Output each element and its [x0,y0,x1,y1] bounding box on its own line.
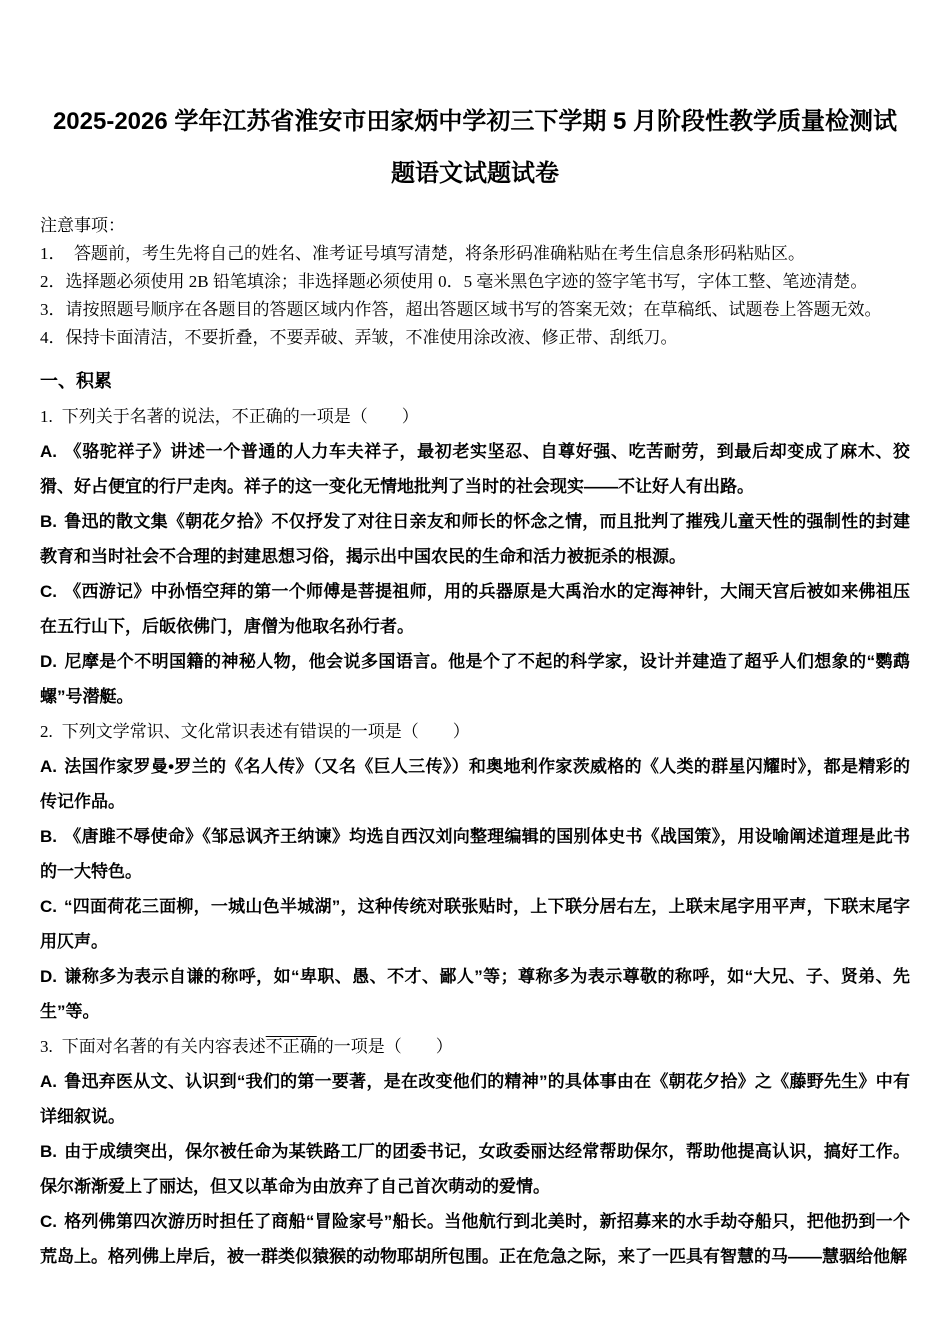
paper-title: 2025-2026 学年江苏省淮安市田家炳中学初三下学期 5 月阶段性教学质量检… [44,96,906,200]
question-2-option-d: D.谦称多为表示自谦的称呼，如“卑职、愚、不才、鄙人”等；尊称多为表示尊敬的称呼… [40,959,910,1029]
notice-section: 注意事项： 1． 答题前，考生先将自己的姓名、准考证号填写清楚，将条形码准确粘贴… [40,212,910,352]
questions-area: 一、积累 1.下列关于名著的说法，不正确的一项是（ ） A.《骆驼祥子》讲述一个… [40,364,910,1274]
question-3-stem-emphasis: 不正确 [266,1037,317,1056]
question-2-stem-text: 下列文学常识、文化常识表述有错误的一项是（ ） [62,722,470,741]
notice-item-4: 4．保持卡面清洁，不要折叠，不要弄破、弄皱，不准使用涂改液、修正带、刮纸刀。 [40,324,910,352]
question-1-option-a: A.《骆驼祥子》讲述一个普通的人力车夫祥子，最初老实坚忍、自尊好强、吃苦耐劳，到… [40,434,910,504]
question-2-option-a: A.法国作家罗曼•罗兰的《名人传》（又名《巨人三传》）和奥地利作家茨威格的《人类… [40,749,910,819]
notice-item-3: 3．请按照题号顺序在各题目的答题区域内作答，超出答题区域书写的答案无效；在草稿纸… [40,296,910,324]
question-3-option-a-label: A. [40,1072,57,1091]
question-1-option-d: D.尼摩是个不明国籍的神秘人物，他会说多国语言。他是个了不起的科学家，设计并建造… [40,644,910,714]
question-3-option-a-text: 鲁迅弃医从文、认识到“我们的第一要著，是在改变他们的精神”的具体事由在《朝花夕拾… [40,1072,910,1126]
question-1-option-c: C.《西游记》中孙悟空拜的第一个师傅是菩提祖师，用的兵器原是大禹治水的定海神针，… [40,574,910,644]
question-2-number: 2. [40,722,53,741]
question-2-option-d-text: 谦称多为表示自谦的称呼，如“卑职、愚、不才、鄙人”等；尊称多为表示尊敬的称呼，如… [40,967,910,1021]
question-3-option-b-label: B. [40,1142,57,1161]
question-1-option-c-label: C. [40,582,57,601]
question-2-option-b: B.《唐雎不辱使命》《邹忌讽齐王纳谏》均选自西汉刘向整理编辑的国别体史书《战国策… [40,819,910,889]
question-1-option-a-label: A. [40,442,57,461]
question-2-option-c-label: C. [40,897,57,916]
question-1-option-c-text: 《西游记》中孙悟空拜的第一个师傅是菩提祖师，用的兵器原是大禹治水的定海神针，大闹… [40,582,910,636]
question-1-stem: 1.下列关于名著的说法，不正确的一项是（ ） [40,399,910,434]
question-1-number: 1. [40,407,53,426]
question-3-stem-post: 的一项是（ ） [317,1037,453,1056]
question-2-option-b-text: 《唐雎不辱使命》《邹忌讽齐王纳谏》均选自西汉刘向整理编辑的国别体史书《战国策》，… [40,827,910,881]
question-3-option-c: C.格列佛第四次游历时担任了商船“冒险家号”船长。当他航行到北美时，新招募来的水… [40,1204,910,1274]
question-3-option-c-label: C. [40,1212,57,1231]
question-1-option-d-text: 尼摩是个不明国籍的神秘人物，他会说多国语言。他是个了不起的科学家，设计并建造了超… [40,652,910,706]
notice-heading: 注意事项： [40,212,910,240]
exam-paper-page: 2025-2026 学年江苏省淮安市田家炳中学初三下学期 5 月阶段性教学质量检… [0,0,950,1274]
question-1-option-a-text: 《骆驼祥子》讲述一个普通的人力车夫祥子，最初老实坚忍、自尊好强、吃苦耐劳，到最后… [40,442,910,496]
question-3-option-b: B.由于成绩突出，保尔被任命为某铁路工厂的团委书记，女政委丽达经常帮助保尔，帮助… [40,1134,910,1204]
question-3-stem: 3.下面对名著的有关内容表述不正确的一项是（ ） [40,1029,910,1064]
notice-item-1: 1． 答题前，考生先将自己的姓名、准考证号填写清楚，将条形码准确粘贴在考生信息条… [40,240,910,268]
question-3-option-b-text: 由于成绩突出，保尔被任命为某铁路工厂的团委书记，女政委丽达经常帮助保尔，帮助他提… [40,1142,910,1196]
question-1-option-d-label: D. [40,652,57,671]
question-1-option-b: B.鲁迅的散文集《朝花夕拾》不仅抒发了对往日亲友和师长的怀念之情，而且批判了摧残… [40,504,910,574]
section-heading: 一、积累 [40,364,910,399]
question-3-option-a: A.鲁迅弃医从文、认识到“我们的第一要著，是在改变他们的精神”的具体事由在《朝花… [40,1064,910,1134]
question-2-option-d-label: D. [40,967,57,986]
question-3-stem-pre: 下面对名著的有关内容表述 [62,1037,266,1056]
question-3-number: 3. [40,1037,53,1056]
question-2-option-a-label: A. [40,757,57,776]
question-2-option-c-text: “四面荷花三面柳，一城山色半城湖”，这种传统对联张贴时，上下联分居右左，上联末尾… [40,897,910,951]
question-1-option-b-text: 鲁迅的散文集《朝花夕拾》不仅抒发了对往日亲友和师长的怀念之情，而且批判了摧残儿童… [40,512,910,566]
question-1-stem-text: 下列关于名著的说法，不正确的一项是（ ） [62,407,419,426]
question-2-option-c: C.“四面荷花三面柳，一城山色半城湖”，这种传统对联张贴时，上下联分居右左，上联… [40,889,910,959]
notice-item-2: 2．选择题必须使用 2B 铅笔填涂；非选择题必须使用 0．5 毫米黑色字迹的签字… [40,268,910,296]
question-2-option-a-text: 法国作家罗曼•罗兰的《名人传》（又名《巨人三传》）和奥地利作家茨威格的《人类的群… [40,757,910,811]
question-3-option-c-text: 格列佛第四次游历时担任了商船“冒险家号”船长。当他航行到北美时，新招募来的水手劫… [40,1212,910,1266]
question-2-stem: 2.下列文学常识、文化常识表述有错误的一项是（ ） [40,714,910,749]
question-2-option-b-label: B. [40,827,57,846]
question-1-option-b-label: B. [40,512,57,531]
